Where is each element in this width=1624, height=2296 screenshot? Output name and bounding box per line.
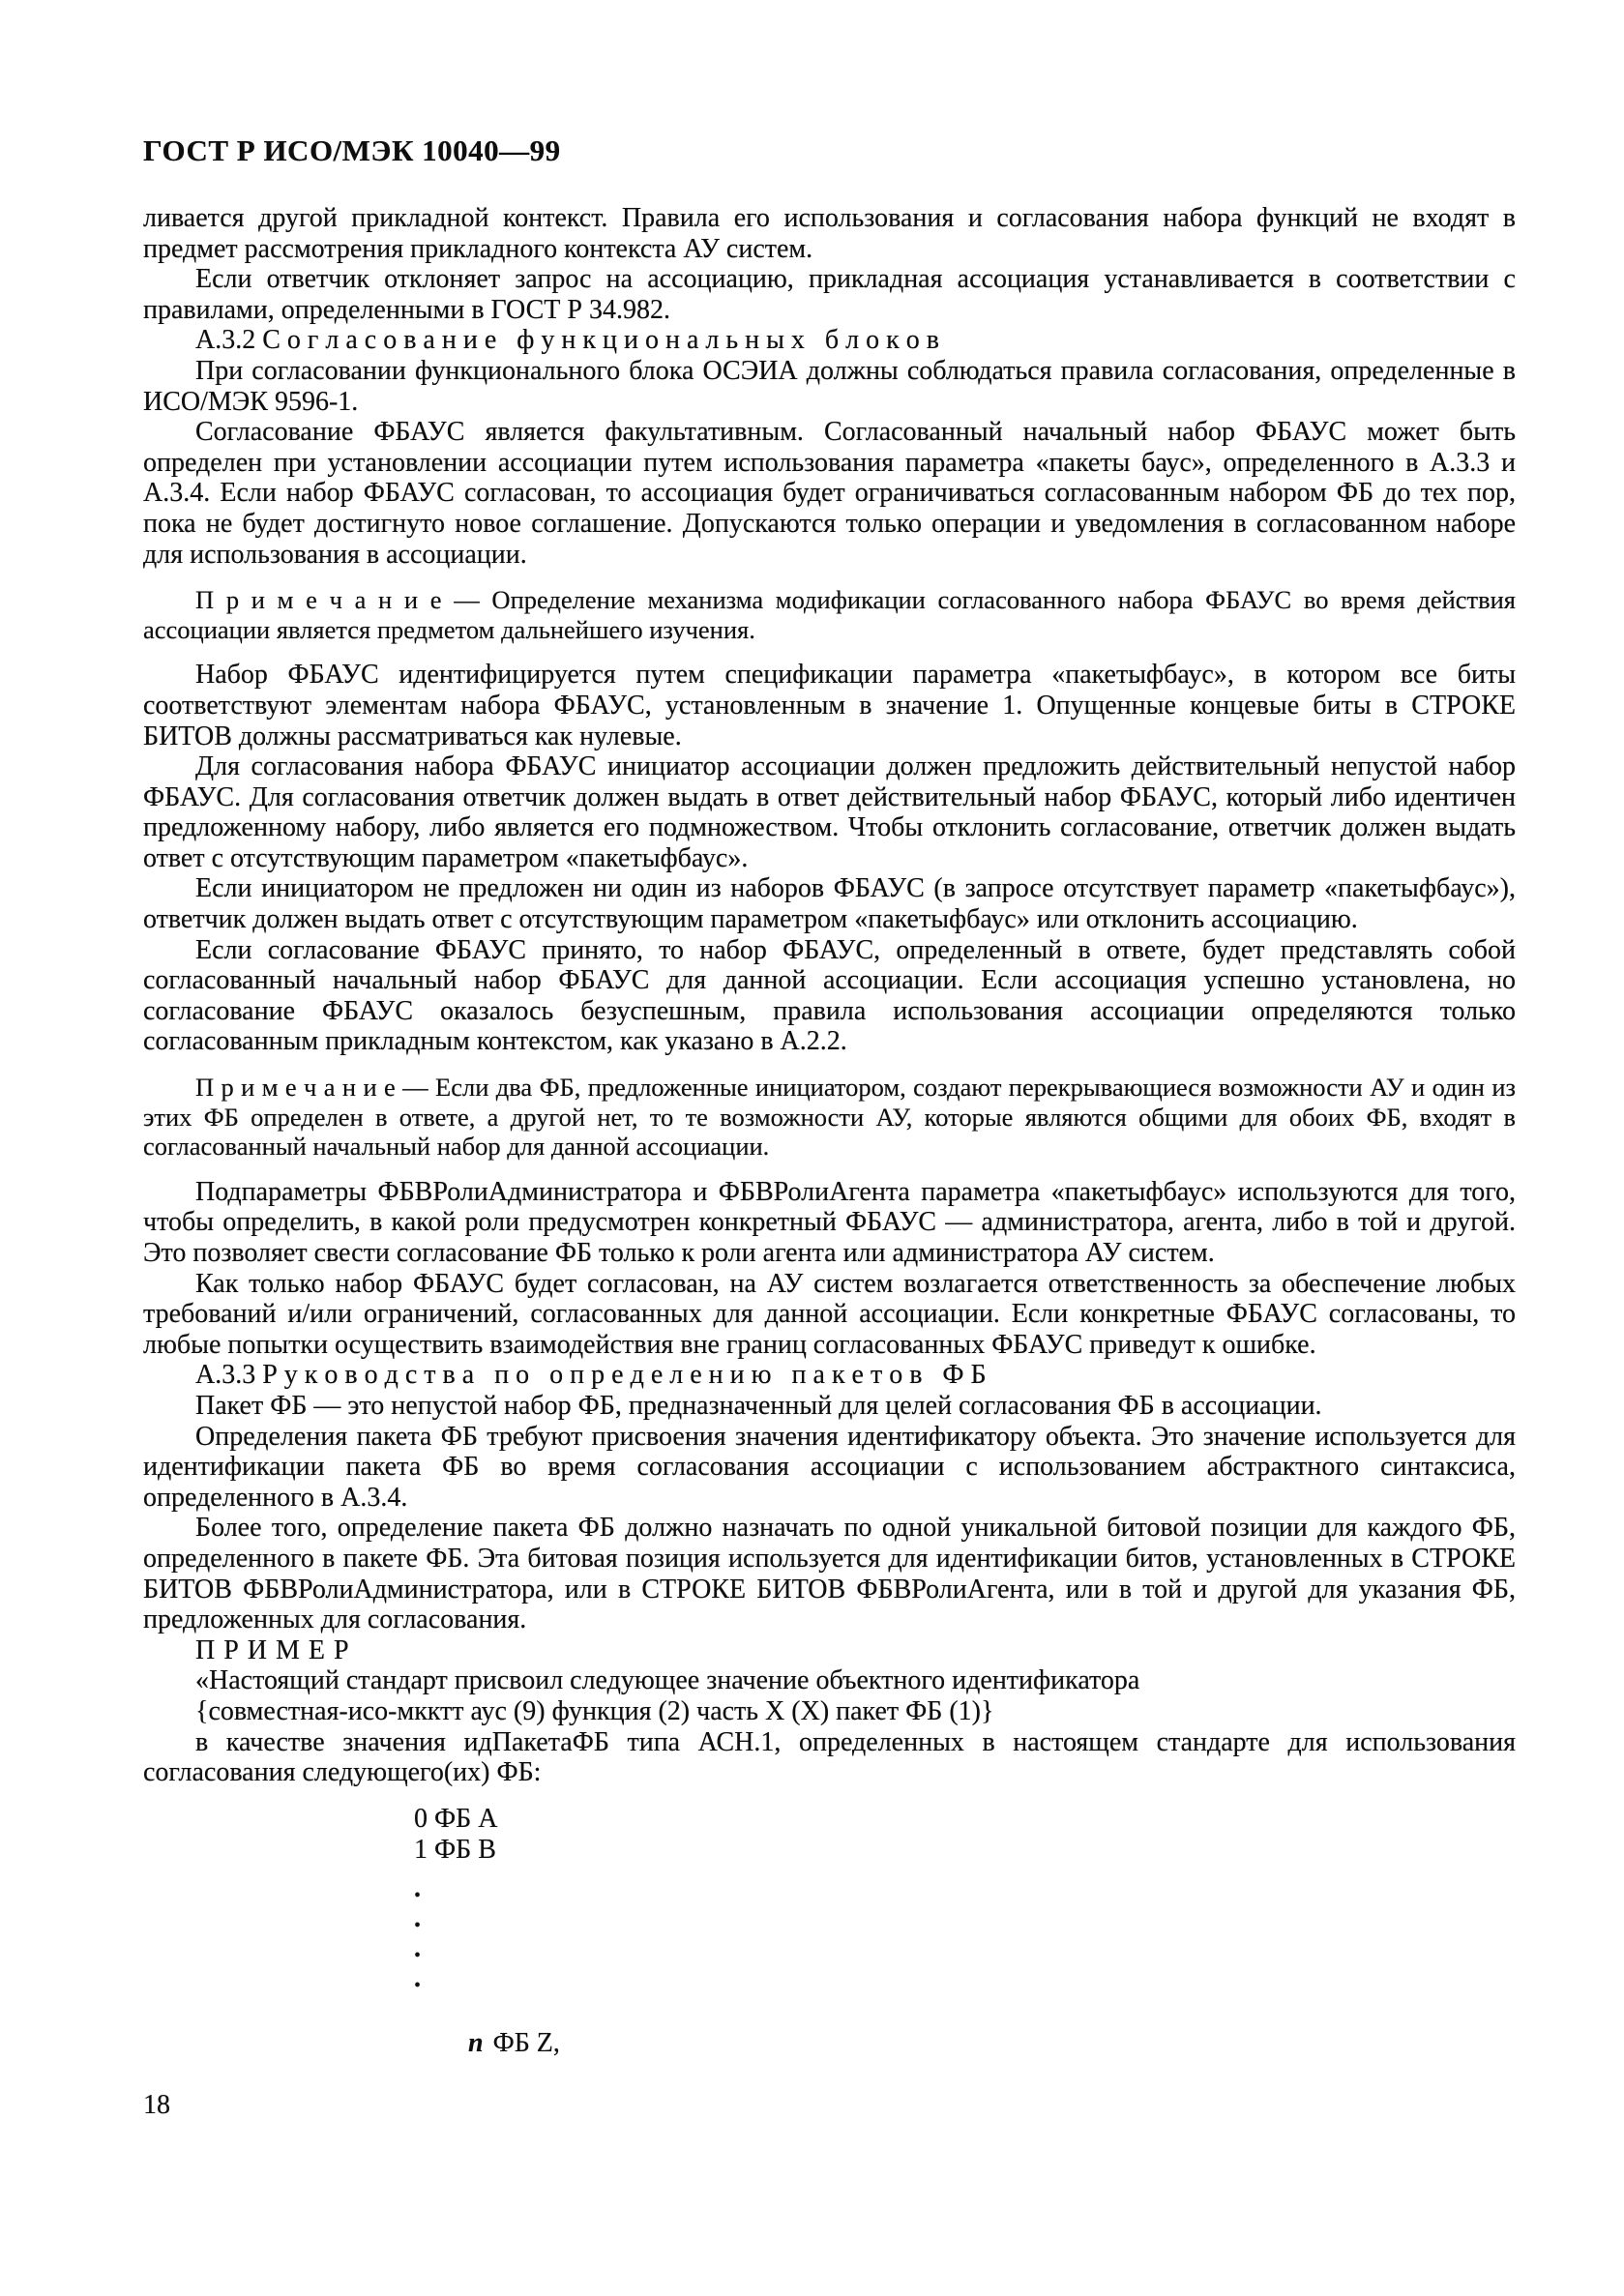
section-heading-a32: А.3.2 С о г л а с о в а н и е ф у н к ц …: [143, 325, 1516, 356]
example-intro: «Настоящий стандарт присвоил следующее з…: [143, 1665, 1516, 1696]
paragraph-context-continuation: ливается другой прикладной контекст. Пра…: [143, 203, 1516, 264]
note-modification: П р и м е ч а н и е — Определение механи…: [143, 585, 1516, 644]
fb-package-list-item-1: 1 ФБ В: [414, 1835, 1516, 1866]
paragraph-osia-rules: При согласовании функционального блока О…: [143, 356, 1516, 417]
fb-package-list: 0 ФБ А 1 ФБ В . . . . nФБ Z,: [414, 1804, 1516, 2090]
paragraph-bit-position: Более того, определение пакета ФБ должно…: [143, 1513, 1516, 1634]
page-number: 18: [143, 2090, 1516, 2121]
paragraph-fbaus-negotiation: Для согласования набора ФБАУС инициатор …: [143, 751, 1516, 873]
ellipsis-dot: .: [414, 1903, 1516, 1933]
document-page: ГОСТ Р ИСО/МЭК 10040—99 ливается другой …: [0, 0, 1624, 2296]
ellipsis-dot: .: [414, 1963, 1516, 1993]
paragraph-fb-package: Пакет ФБ — это непустой набор ФБ, предна…: [143, 1391, 1516, 1422]
section-heading-a33: А.3.3 Р у к о в о д с т в а п о о п р е …: [143, 1360, 1516, 1391]
paragraph-subparameters: Подпараметры ФБВРолиАдминистратора и ФБВ…: [143, 1177, 1516, 1269]
ellipsis-dot: .: [414, 1933, 1516, 1963]
example-label: П Р И М Е Р: [143, 1635, 1516, 1666]
paragraph-responsibility: Как только набор ФБАУС будет согласован,…: [143, 1269, 1516, 1361]
fb-package-list-item-0: 0 ФБ А: [414, 1804, 1516, 1835]
paragraph-object-identifier: Определения пакета ФБ требуют присвоения…: [143, 1422, 1516, 1514]
example-usage: в качестве значения идПакетаФБ типа АСН.…: [143, 1727, 1516, 1788]
fb-z-label: ФБ Z,: [493, 2028, 560, 2058]
paragraph-no-proposal: Если инициатором не предложен ни один из…: [143, 873, 1516, 934]
fb-package-list-item-last: nФБ Z,: [414, 1997, 1516, 2090]
n-variable-label: n: [468, 2028, 484, 2058]
paragraph-fbaus-optional: Согласование ФБАУС является факультативн…: [143, 417, 1516, 570]
example-oid: {совместная-исо-мкктт аус (9) функция (2…: [143, 1696, 1516, 1727]
ellipsis-dot: .: [414, 1873, 1516, 1903]
paragraph-reject-request: Если ответчик отклоняет запрос на ассоци…: [143, 264, 1516, 325]
paragraph-negotiation-accepted: Если согласование ФБАУС принято, то набо…: [143, 935, 1516, 1057]
note-overlap: П р и м е ч а н и е — Если два ФБ, предл…: [143, 1073, 1516, 1162]
document-body: ливается другой прикладной контекст. Пра…: [143, 203, 1516, 2120]
document-code: ГОСТ Р ИСО/МЭК 10040—99: [143, 133, 1516, 168]
paragraph-fbaus-identification: Набор ФБАУС идентифицируется путем специ…: [143, 660, 1516, 751]
